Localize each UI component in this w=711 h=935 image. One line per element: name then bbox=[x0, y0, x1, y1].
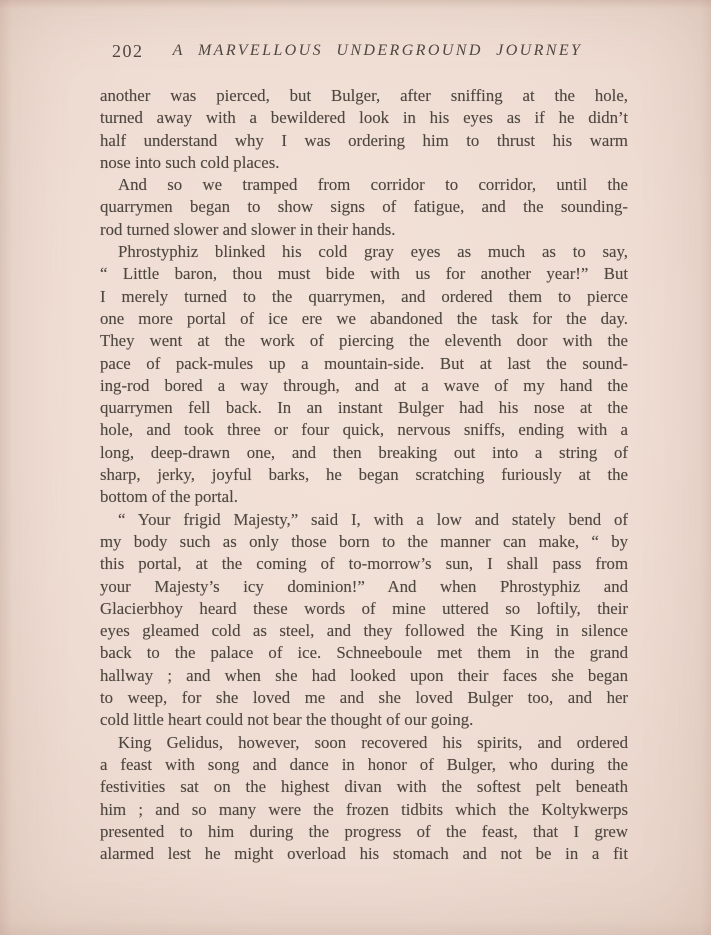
text-line: another was pierced, but Bulger, after s… bbox=[100, 85, 628, 107]
text-line: Glacierbhoy heard these words of mine ut… bbox=[100, 598, 628, 620]
text-line: rod turned slower and slower in their ha… bbox=[100, 219, 628, 241]
paragraph: “ Your frigid Majesty,” said I, with a l… bbox=[100, 509, 628, 732]
text-line: cold little heart could not bear the tho… bbox=[100, 709, 628, 731]
text-line: alarmed lest he might overload his stoma… bbox=[100, 843, 628, 865]
text-line: quarrymen fell back. In an instant Bulge… bbox=[100, 397, 628, 419]
text-line: nose into such cold places. bbox=[100, 152, 628, 174]
paragraph: Phrostyphiz blinked his cold gray eyes a… bbox=[100, 241, 628, 509]
text-line: And so we tramped from corridor to corri… bbox=[100, 174, 628, 196]
paragraph: And so we tramped from corridor to corri… bbox=[100, 174, 628, 241]
book-page: 202 A MARVELLOUS UNDERGROUND JOURNEY ano… bbox=[0, 0, 711, 935]
text-line: “ Little baron, thou must bide with us f… bbox=[100, 263, 628, 285]
text-line: eyes gleamed cold as steel, and they fol… bbox=[100, 620, 628, 642]
paragraph: another was pierced, but Bulger, after s… bbox=[100, 85, 628, 174]
text-line: presented to him during the progress of … bbox=[100, 821, 628, 843]
text-line: King Gelidus, however, soon recovered hi… bbox=[100, 732, 628, 754]
text-line: him ; and so many were the frozen tidbit… bbox=[100, 799, 628, 821]
text-line: ing-rod bored a way through, and at a wa… bbox=[100, 375, 628, 397]
text-line: long, deep-drawn one, and then breaking … bbox=[100, 442, 628, 464]
text-line: hole, and took three or four quick, nerv… bbox=[100, 419, 628, 441]
running-header: 202 A MARVELLOUS UNDERGROUND JOURNEY bbox=[0, 41, 711, 67]
text-line: a feast with song and dance in honor of … bbox=[100, 754, 628, 776]
text-line: back to the palace of ice. Schneeboule m… bbox=[100, 642, 628, 664]
text-line: They went at the work of piercing the el… bbox=[100, 330, 628, 352]
text-line: one more portal of ice ere we abandoned … bbox=[100, 308, 628, 330]
text-line: “ Your frigid Majesty,” said I, with a l… bbox=[100, 509, 628, 531]
text-line: to weep, for she loved me and she loved … bbox=[100, 687, 628, 709]
paragraph: King Gelidus, however, soon recovered hi… bbox=[100, 732, 628, 866]
page-number: 202 bbox=[112, 41, 144, 62]
text-line: half understand why I was ordering him t… bbox=[100, 130, 628, 152]
running-title: A MARVELLOUS UNDERGROUND JOURNEY bbox=[173, 42, 583, 60]
text-line: your Majesty’s icy dominion!” And when P… bbox=[100, 576, 628, 598]
text-block: another was pierced, but Bulger, after s… bbox=[100, 85, 628, 865]
text-line: sharp, jerky, joyful barks, he began scr… bbox=[100, 464, 628, 486]
text-line: pace of pack-mules up a mountain-side. B… bbox=[100, 353, 628, 375]
text-line: festivities sat on the highest divan wit… bbox=[100, 776, 628, 798]
text-line: quarrymen began to show signs of fatigue… bbox=[100, 196, 628, 218]
text-line: turned away with a bewildered look in hi… bbox=[100, 107, 628, 129]
text-line: I merely turned to the quarrymen, and or… bbox=[100, 286, 628, 308]
text-line: my body such as only those born to the m… bbox=[100, 531, 628, 553]
text-line: this portal, at the coming of to-morrow’… bbox=[100, 553, 628, 575]
text-line: hallway ; and when she had looked upon t… bbox=[100, 665, 628, 687]
text-line: bottom of the portal. bbox=[100, 486, 628, 508]
text-line: Phrostyphiz blinked his cold gray eyes a… bbox=[100, 241, 628, 263]
